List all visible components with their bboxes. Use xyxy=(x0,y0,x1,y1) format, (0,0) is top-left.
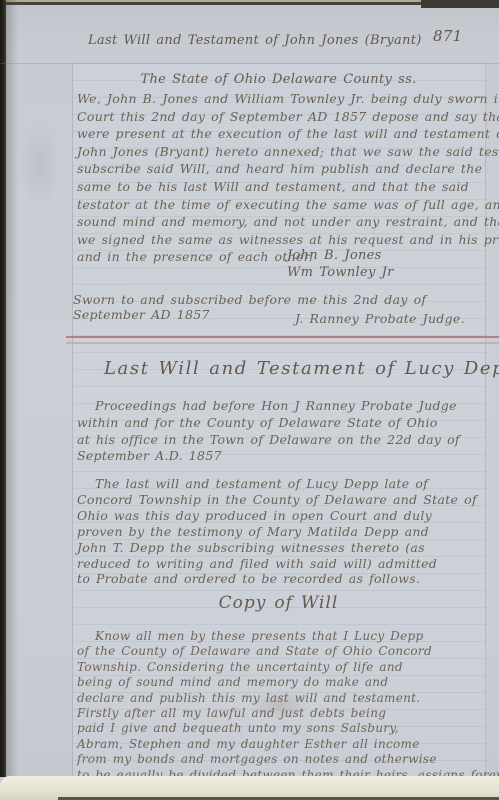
handwritten-line: declare and publish this my last will an… xyxy=(77,691,487,706)
handwritten-line: Firstly after all my lawful and just deb… xyxy=(77,706,487,721)
handwritten-line: to Probate and ordered to be recorded as… xyxy=(77,571,487,587)
handwritten-line: were present at the execution of the las… xyxy=(77,125,491,143)
handwritten-line: Proceedings had before Hon J Ranney Prob… xyxy=(77,398,487,415)
witness-signatures: John B. JonesWm Townley Jr xyxy=(287,247,394,281)
handwritten-line: Abram, Stephen and my daughter Esther al… xyxy=(77,737,487,752)
section-divider-rule xyxy=(66,336,499,338)
handwritten-line: same to be his last Will and testament, … xyxy=(77,178,491,196)
will-section-heading: Last Will and Testament of Lucy DeppDecd xyxy=(104,358,499,379)
probate-paragraph: The last will and testament of Lucy Depp… xyxy=(77,476,487,587)
will-section-heading-text: Last Will and Testament of Lucy Depp xyxy=(104,358,499,379)
handwritten-line: Ohio was this day produced in open Court… xyxy=(77,508,487,524)
handwritten-line: Township. Considering the uncertainty of… xyxy=(77,660,487,675)
handwritten-line: within and for the County of Delaware St… xyxy=(77,415,487,432)
handwritten-line: John T. Depp the subscribing witnesses t… xyxy=(77,540,487,556)
handwritten-line: sound mind and memory, and not under any… xyxy=(77,213,491,231)
handwritten-line: September A.D. 1857 xyxy=(77,448,487,465)
section-divider-rule xyxy=(66,342,499,344)
scanned-ledger-page: Last Will and Testament of John Jones (B… xyxy=(0,0,499,800)
handwritten-line: reduced to writing and filed with said w… xyxy=(77,556,487,572)
handwritten-line: John Jones (Bryant) hereto annexed; that… xyxy=(77,143,491,161)
handwritten-line: subscribe said Will, and heard him publi… xyxy=(77,160,491,178)
paper-stain xyxy=(20,120,60,210)
handwritten-line: Concord Township in the County of Delawa… xyxy=(77,492,487,508)
handwritten-line: The last will and testament of Lucy Depp… xyxy=(77,476,487,492)
copy-of-will-heading: Copy of Will xyxy=(72,593,485,613)
page-number: 871 xyxy=(433,27,463,45)
handwritten-line: Know all men by these presents that I Lu… xyxy=(77,629,487,644)
binding-shadow xyxy=(6,0,18,777)
jurisdiction-heading: The State of Ohio Delaware County ss. xyxy=(72,72,485,87)
page-top-right-shadow xyxy=(421,0,499,8)
proceedings-paragraph: Proceedings had before Hon J Ranney Prob… xyxy=(77,398,487,465)
will-body-paragraph: Know all men by these presents that I Lu… xyxy=(77,629,487,783)
handwritten-line: proven by the testimony of Mary Matilda … xyxy=(77,524,487,540)
handwritten-line: Court this 2nd day of September AD 1857 … xyxy=(77,108,491,126)
judge-signature: J. Ranney Probate Judge. xyxy=(295,311,465,326)
handwritten-line: John B. Jones xyxy=(287,247,394,264)
handwritten-line: we signed the same as witnesses at his r… xyxy=(77,231,491,249)
handwritten-line: paid I give and bequeath unto my sons Sa… xyxy=(77,721,487,736)
handwritten-line: from my bonds and mortgages on notes and… xyxy=(77,752,487,767)
handwritten-line: Wm Townley Jr xyxy=(287,264,394,281)
handwritten-line: and in the presence of each other. xyxy=(77,248,491,266)
handwritten-line: of the County of Delaware and State of O… xyxy=(77,644,487,659)
handwritten-line: We, John B. Jones and William Townley Jr… xyxy=(77,90,491,108)
attestation-paragraph: We, John B. Jones and William Townley Jr… xyxy=(77,90,491,266)
handwritten-line: testator at the time of executing the sa… xyxy=(77,196,491,214)
handwritten-line: at his office in the Town of Delaware on… xyxy=(77,432,487,449)
handwritten-line: being of sound mind and memory do make a… xyxy=(77,675,487,690)
record-title: Last Will and Testament of John Jones (B… xyxy=(88,33,422,48)
